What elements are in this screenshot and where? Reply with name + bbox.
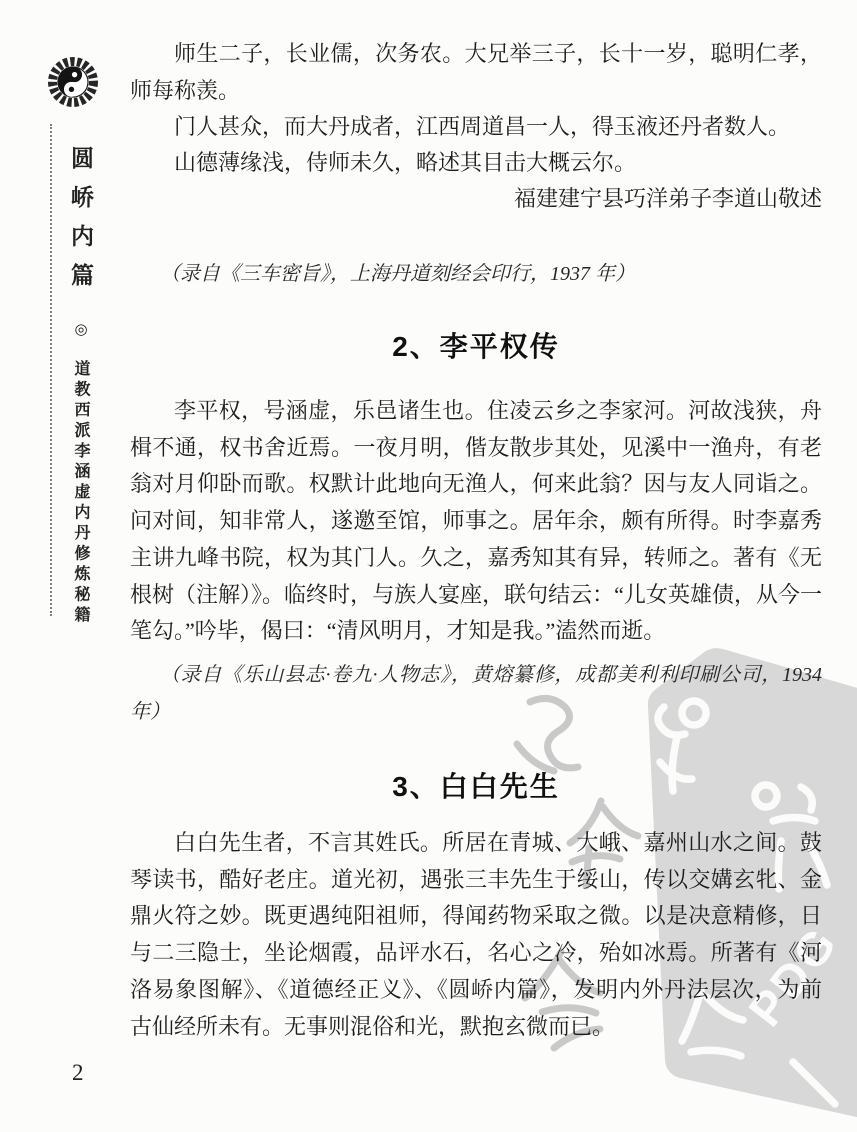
paragraph-humble-note: 山德薄缘浅，侍师未久，略述其目击大概云尔。 xyxy=(130,145,822,182)
paragraph-baibai-bio: 白白先生者，不言其姓氏。所居在青城、大峨、嘉州山水之间。鼓琴读书，酷好老庄。道光… xyxy=(130,825,822,1045)
source-citation-2: （录自《乐山县志·卷九·人物志》，黄熔纂修，成都美利利印刷公司，1934 年） xyxy=(130,657,822,731)
book-title-vertical: 圆峤内篇 ◎ 道教西派李涵虚内丹修炼秘籍 xyxy=(63,146,97,627)
paragraph-disciples-sons: 师生二子，长业儒，次务农。大兄举三子，长十一岁，聪明仁孝，师每称羡。 xyxy=(130,36,822,109)
taiji-bagua-logo-icon xyxy=(47,56,99,108)
sidebar: 圆峤内篇 ◎ 道教西派李涵虚内丹修炼秘籍 xyxy=(0,0,120,1132)
source-citation-1: （录自《三车密旨》，上海丹道刻经会印行，1937 年） xyxy=(130,256,822,293)
scanned-book-page: PDG 圆峤内篇 ◎ 道教西派李涵虚内丹修炼秘籍 师生二子，长业儒，次务农。大兄… xyxy=(0,0,857,1132)
author-signature: 福建建宁县巧洋弟子李道山敬述 xyxy=(130,181,857,218)
paragraph-disciples-many: 门人甚众，而大丹成者，江西周道昌一人，得玉液还丹者数人。 xyxy=(130,109,822,146)
section-heading-baibai: 3、白白先生 xyxy=(130,765,822,805)
title-separator-icon: ◎ xyxy=(72,320,88,338)
page-content: 师生二子，长业儒，次务农。大兄举三子，长十一岁，聪明仁孝，师每称羡。 门人甚众，… xyxy=(0,0,857,1132)
section-heading-li-pingquan: 2、李平权传 xyxy=(130,325,822,365)
paragraph-li-pingquan-bio: 李平权，号涵虚，乐邑诸生也。住凌云乡之李家河。河故浅狭，舟楫不通，权书舍近焉。一… xyxy=(130,393,822,650)
sidebar-dotted-rule xyxy=(50,124,52,616)
book-subtitle: 道教西派李涵虚内丹修炼秘籍 xyxy=(72,360,89,627)
page-number: 2 xyxy=(72,1060,84,1086)
book-title-main: 圆峤内篇 xyxy=(68,146,93,302)
